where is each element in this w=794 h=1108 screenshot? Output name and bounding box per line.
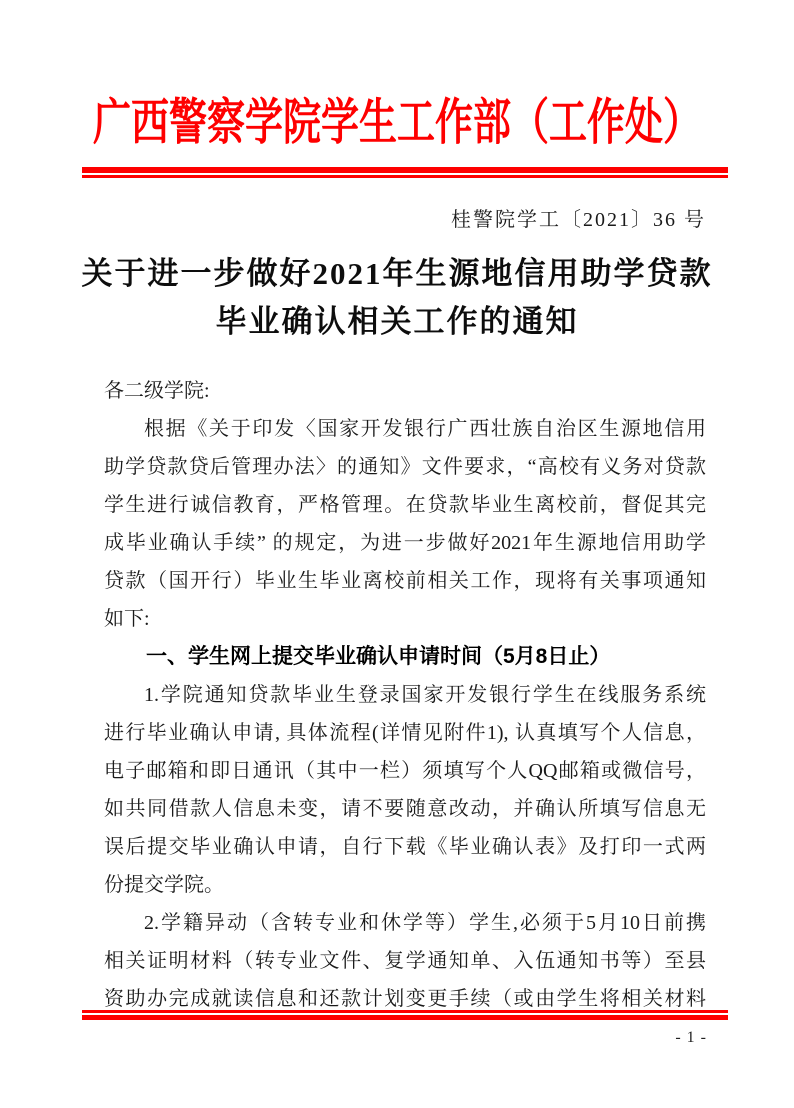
body-line: 各二级学院: [104, 372, 706, 410]
header-divider [82, 167, 728, 178]
body-line: 相关证明材料（转专业文件、复学通知单、入伍通知书等）至县 [104, 942, 706, 980]
document-title-line1: 关于进一步做好2021年生源地信用助学贷款 [0, 250, 794, 298]
page-number: - 1 - [675, 1029, 707, 1047]
body-line: 助学贷款贷后管理办法〉的通知》文件要求，“高校有义务对贷款 [104, 448, 706, 486]
document-page: 广西警察学院学生工作部（工作处） 桂警院学工〔2021〕36 号 关于进一步做好… [0, 0, 794, 1108]
section-heading: 一、学生网上提交毕业确认申请时间（5月8日止） [104, 638, 706, 676]
body-line: 1.学院通知贷款毕业生登录国家开发银行学生在线服务系统 [104, 676, 706, 714]
footer-divider [82, 1010, 728, 1020]
footer-divider-thick-bar [82, 1015, 728, 1020]
document-title-line2: 毕业确认相关工作的通知 [0, 298, 794, 346]
header-divider-thin-bar [82, 175, 728, 178]
document-body: 各二级学院:根据《关于印发〈国家开发银行广西壮族自治区生源地信用助学贷款贷后管理… [104, 372, 706, 1018]
body-line: 份提交学院。 [104, 866, 706, 904]
letterhead-title: 广西警察学院学生工作部（工作处） [0, 82, 794, 154]
body-line: 如共同借款人信息未变，请不要随意改动，并确认所填写信息无 [104, 790, 706, 828]
body-line: 根据《关于印发〈国家开发银行广西壮族自治区生源地信用 [104, 410, 706, 448]
body-line: 2.学籍异动（含转专业和休学等）学生,必须于5月10日前携 [104, 904, 706, 942]
body-line: 进行毕业确认申请, 具体流程(详情见附件1), 认真填写个人信息， [104, 714, 706, 752]
body-line: 电子邮箱和即日通讯（其中一栏）须填写个人QQ邮箱或微信号， [104, 752, 706, 790]
document-number: 桂警院学工〔2021〕36 号 [451, 203, 706, 232]
body-line: 误后提交毕业确认申请，自行下载《毕业确认表》及打印一式两 [104, 828, 706, 866]
document-title: 关于进一步做好2021年生源地信用助学贷款 毕业确认相关工作的通知 [0, 250, 794, 346]
body-line: 如下: [104, 600, 706, 638]
body-line: 学生进行诚信教育，严格管理。在贷款毕业生离校前，督促其完 [104, 486, 706, 524]
body-line: 成毕业确认手续” 的规定，为进一步做好2021年生源地信用助学 [104, 524, 706, 562]
body-line: 贷款（国开行）毕业生毕业离校前相关工作，现将有关事项通知 [104, 562, 706, 600]
